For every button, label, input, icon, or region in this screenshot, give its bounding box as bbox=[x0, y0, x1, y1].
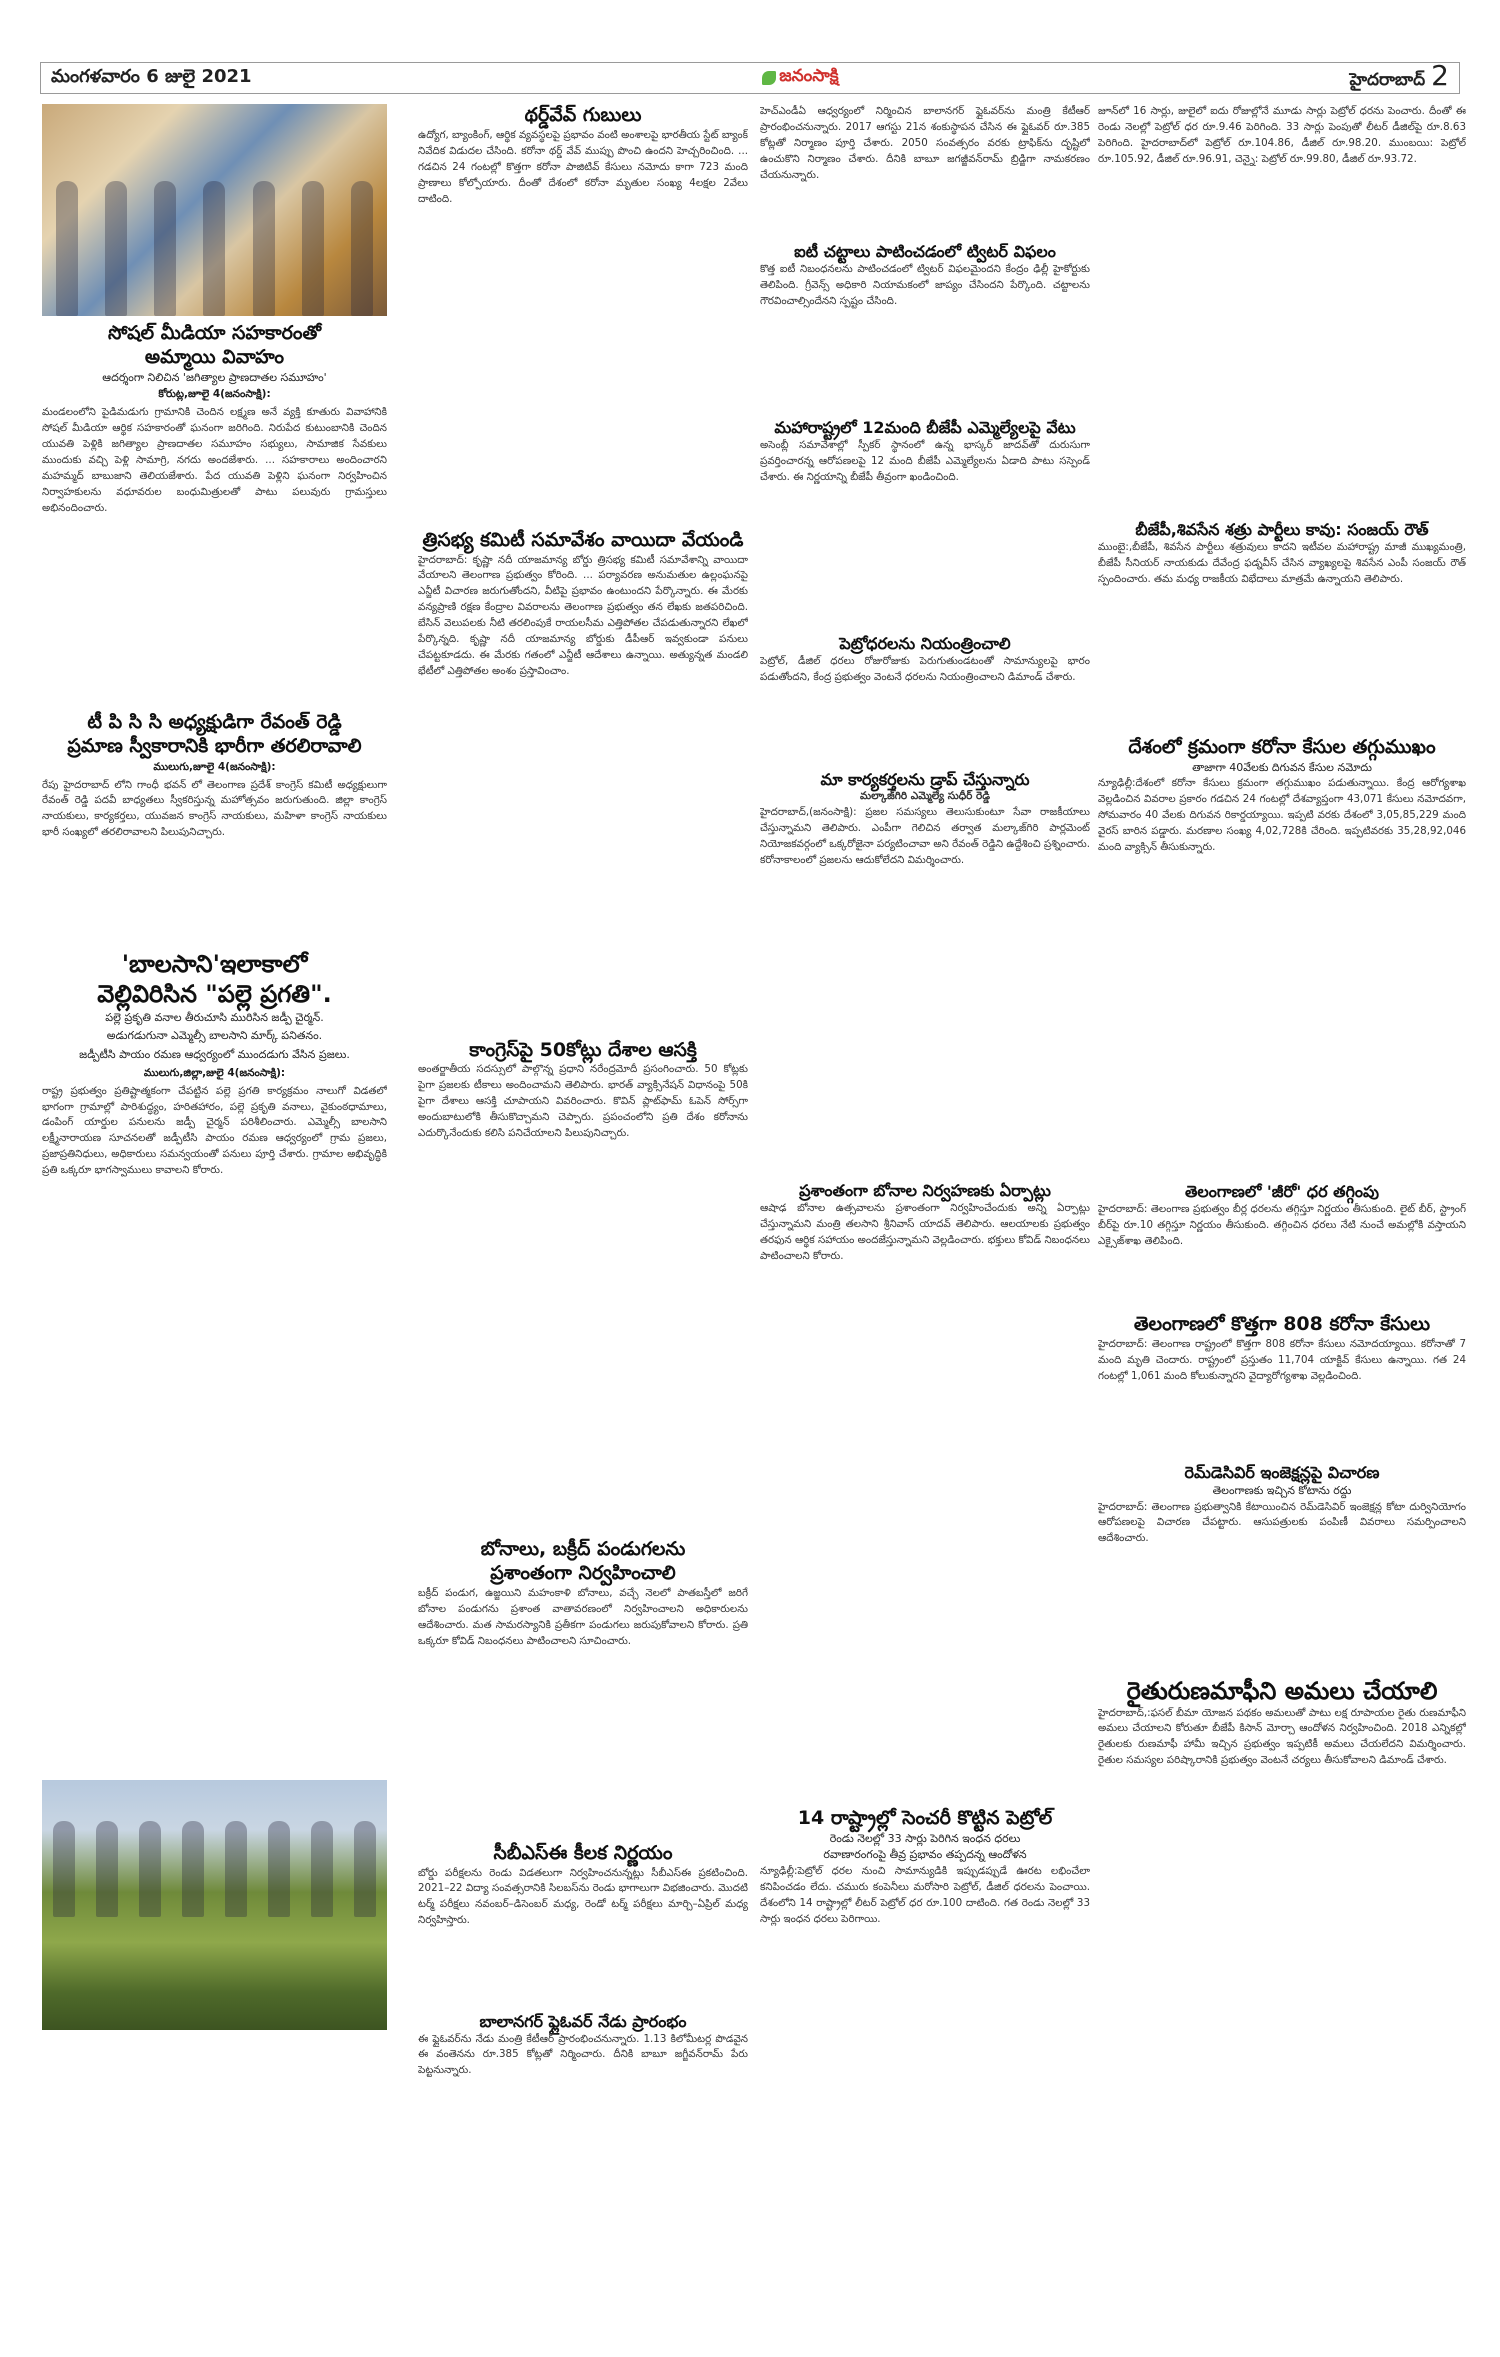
story-petrol-price-control: పెట్రోధరలను నియంత్రించాలి పెట్రోల్, డీజి… bbox=[760, 634, 1090, 764]
article-body: హైదరాబాద్: తెలంగాణ ప్రభుత్వానికి కేటాయిం… bbox=[1098, 1500, 1466, 1670]
story-petrol-century: 14 రాష్ట్రాల్లో సెంచరీ కొట్టిన పెట్రోల్ … bbox=[760, 1807, 1090, 2104]
headline: సీబీఎస్ఈ కీలక నిర్ణయం bbox=[418, 1842, 748, 1866]
story-telangana-808-cases: తెలంగాణలో కొత్తగా 808 కరోనా కేసులు హైదరా… bbox=[1098, 1313, 1466, 1457]
article-body: కొత్త ఐటీ నిబంధనలను పాటించడంలో ట్విటర్ వ… bbox=[760, 262, 1090, 412]
headline: మా కార్యకర్తలను డ్రాప్ చేస్తున్నారు bbox=[760, 770, 1090, 790]
column-1: సోషల్ మీడియా సహకారంతో అమ్మాయి వివాహం ఆదర… bbox=[42, 104, 387, 2344]
headline: 14 రాష్ట్రాల్లో సెంచరీ కొట్టిన పెట్రోల్ bbox=[760, 1807, 1090, 1831]
logo-text: జనంసాక్షి bbox=[779, 66, 838, 90]
masthead: మంగళవారం 6 జులై 2021 జనంసాక్షి హైదరాబాద్… bbox=[40, 62, 1460, 94]
headline: సోషల్ మీడియా సహకారంతో bbox=[42, 322, 387, 346]
story-maharashtra-mlas: మహారాష్ట్రలో 12మంది బీజేపీ ఎమ్మెల్యేలపై … bbox=[760, 418, 1090, 628]
headline: 'బాలసాని'ఇలాకాలో bbox=[42, 949, 387, 979]
story-fuel-prices-continued: జూన్‌లో 16 సార్లు, జులైలో ఐదు రోజుల్లోనే… bbox=[1098, 104, 1466, 514]
issue-date: మంగళవారం 6 జులై 2021 bbox=[51, 66, 252, 91]
story-remdesivir: రెమ్‌డెసివిర్ ఇంజెక్షన్లపై విచారణ తెలంగా… bbox=[1098, 1463, 1466, 1670]
story-telangana-beer-price: తెలంగాణలో 'జీరో' ధర తగ్గింపు హైదరాబాద్: … bbox=[1098, 1182, 1466, 1307]
headline: ఐటీ చట్టాలు పాటించడంలో ట్విటర్ విఫలం bbox=[760, 242, 1090, 262]
story-palle-pragathi: 'బాలసాని'ఇలాకాలో వెల్లివిరిసిన "పల్లె ప్… bbox=[42, 949, 387, 1774]
article-body: హైదరాబాద్: తెలంగాణ ప్రభుత్వం బీర్ల ధరలను… bbox=[1098, 1202, 1466, 1307]
column-2: థర్డ్‌వేవ్ గుబులు ఉద్యోగ, బ్యాంకింగ్, ఆర… bbox=[418, 104, 748, 2344]
subheadline: పల్లె ప్రకృతి వనాల తీరుచూసి మురిసిన జడ్ప… bbox=[42, 1009, 387, 1028]
story-third-wave: థర్డ్‌వేవ్ గుబులు ఉద్యోగ, బ్యాంకింగ్, ఆర… bbox=[418, 104, 748, 523]
headline: టీ పి సి సి అధ్యక్షుడిగా రేవంత్ రెడ్డి bbox=[42, 711, 387, 735]
article-body: న్యూఢిల్లీ:దేశంలో కరోనా కేసులు క్రమంగా త… bbox=[1098, 776, 1466, 1176]
story-vaccination-interest: కాంగ్రెస్‌పై 50కోట్లు దేశాల ఆసక్తి అంతర్… bbox=[418, 1039, 748, 1533]
headline: రెమ్‌డెసివిర్ ఇంజెక్షన్లపై విచారణ bbox=[1098, 1463, 1466, 1483]
story-twitter-it-rules: ఐటీ చట్టాలు పాటించడంలో ట్విటర్ విఫలం కొత… bbox=[760, 242, 1090, 412]
column-3: హెచ్‌ఎండీఏ ఆధ్వర్యంలో నిర్మించిన బాలానగర… bbox=[760, 104, 1090, 2344]
headline: మహారాష్ట్రలో 12మంది బీజేపీ ఎమ్మెల్యేలపై … bbox=[760, 418, 1090, 438]
article-body: హైదరాబాద్,(జనంసాక్షి): ప్రజల సమస్యలు తెల… bbox=[760, 805, 1090, 1175]
story-social-media-wedding: సోషల్ మీడియా సహకారంతో అమ్మాయి వివాహం ఆదర… bbox=[42, 104, 387, 705]
article-body: ముంబై:,బీజేపీ, శివసేన పార్టీలు శత్రువులు… bbox=[1098, 540, 1466, 730]
headline: ప్రశాంతంగా బోనాల నిర్వహణకు ఏర్పాట్లు bbox=[760, 1181, 1090, 1201]
article-body: మండలంలోని పైడిమడుగు గ్రామానికి చెందిన లక… bbox=[42, 405, 387, 705]
article-body: బక్రీద్ పండుగ, ఉజ్జయిని మహంకాళి బోనాలు, … bbox=[418, 1586, 748, 1836]
article-body: రాష్ట్ర ప్రభుత్వం ప్రతిష్టాత్మకంగా చేపట్… bbox=[42, 1084, 387, 1774]
headline: ప్రమాణ స్వీకారానికి భారీగా తరలిరావాలి bbox=[42, 735, 387, 759]
story-mla-sudheer-reddy: మా కార్యకర్తలను డ్రాప్ చేస్తున్నారు మల్క… bbox=[760, 770, 1090, 1175]
headline: తెలంగాణలో 'జీరో' ధర తగ్గింపు bbox=[1098, 1182, 1466, 1202]
headline: థర్డ్‌వేవ్ గుబులు bbox=[418, 104, 748, 128]
subheadline: మల్కాజ్‌గిరి ఎమ్మెల్యే సుధీర్ రెడ్డి bbox=[760, 790, 1090, 805]
article-body: న్యూఢిల్లీ:పెట్రోల్ ధరల నుంచి సామాన్యుడి… bbox=[760, 1864, 1090, 2104]
subheadline: తాజాగా 40వేలకు దిగువన కేసుల నమోదు bbox=[1098, 760, 1466, 777]
subheadline: ఆదర్శంగా నిలిచిన 'జగిత్యాల ప్రాణదాతల సమూ… bbox=[42, 370, 387, 387]
article-body: జూన్‌లో 16 సార్లు, జులైలో ఐదు రోజుల్లోనే… bbox=[1098, 104, 1466, 514]
headline: అమ్మాయి వివాహం bbox=[42, 346, 387, 370]
article-body: బోర్డు పరీక్షలను రెండు విడతలుగా నిర్వహిం… bbox=[418, 1866, 748, 2006]
headline: బాలానగర్ ఫ్లైఓవర్ నేడు ప్రారంభం bbox=[418, 2012, 748, 2032]
subheadline: రెండు నెలల్లో 33 సార్లు పెరిగిన ఇంధన ధరల… bbox=[760, 1831, 1090, 1848]
headline: వెల్లివిరిసిన "పల్లె ప్రగతి". bbox=[42, 979, 387, 1009]
article-body: ఈ ఫ్లైఓవర్‌ను నేడు మంత్రి కేటీఆర్ ప్రారం… bbox=[418, 2032, 748, 2112]
story-bonalu-bakrid: బోనాలు, బక్రీద్ పండుగలను ప్రశాంతంగా నిర్… bbox=[418, 1538, 748, 1836]
article-body: పెట్రోల్, డీజిల్ ధరలు రోజురోజుకు పెరుగుత… bbox=[760, 654, 1090, 764]
dateline: కోరుట్ల,జూలై 4(జనంసాక్షి): bbox=[42, 388, 387, 403]
article-body: హైదరాబాద్: తెలంగాణ రాష్ట్రంలో కొత్తగా 80… bbox=[1098, 1337, 1466, 1457]
column-4: జూన్‌లో 16 సార్లు, జులైలో ఐదు రోజుల్లోనే… bbox=[1098, 104, 1466, 2344]
headline: పెట్రోధరలను నియంత్రించాలి bbox=[760, 634, 1090, 654]
edition-city: హైదరాబాద్ 2 bbox=[1349, 62, 1449, 94]
dateline: ములుగు,జిల్లా,జులై 4(జనంసాక్షి): bbox=[42, 1067, 387, 1082]
subheadline: రవాణారంగంపై తీవ్ర ప్రభావం తప్పదన్న ఆందోళ… bbox=[760, 1847, 1090, 1864]
newspaper-logo: జనంసాక్షి bbox=[762, 66, 838, 90]
story-balanagar-flyover: బాలానగర్ ఫ్లైఓవర్ నేడు ప్రారంభం ఈ ఫ్లైఓవ… bbox=[418, 2012, 748, 2112]
logo-leaf-icon bbox=[762, 71, 776, 85]
article-body: హెచ్‌ఎండీఏ ఆధ్వర్యంలో నిర్మించిన బాలానగర… bbox=[760, 104, 1090, 236]
article-body: హైదరాబాద్: కృష్ణా నదీ యాజమాన్య బోర్డు త్… bbox=[418, 553, 748, 1033]
article-body: రేపు హైదరాబాద్ లోని గాంధీ భవన్ లో తెలంగా… bbox=[42, 778, 387, 943]
story-flyover-continued: హెచ్‌ఎండీఏ ఆధ్వర్యంలో నిర్మించిన బాలానగర… bbox=[760, 104, 1090, 236]
story-tri-member-committee: త్రిసభ్య కమిటీ సమావేశం వాయిదా వేయండి హైద… bbox=[418, 529, 748, 1033]
story-cbse-decision: సీబీఎస్ఈ కీలక నిర్ణయం బోర్డు పరీక్షలను ర… bbox=[418, 1842, 748, 2006]
headline: బోనాలు, బక్రీద్ పండుగలను bbox=[418, 1538, 748, 1562]
subheadline: జడ్పీటీసి పాయం రమణ ఆధ్వర్యంలో ముందడుగు వ… bbox=[42, 1046, 387, 1065]
story-farm-loan-waiver: రైతురుణమాఫీని అమలు చేయాలి హైదరాబాద్,:ఫసల… bbox=[1098, 1676, 1466, 2086]
article-body: అంతర్జాతీయ సదస్సులో పాల్గొన్న ప్రధాని నర… bbox=[418, 1062, 748, 1532]
story-bonalu-arrangements: ప్రశాంతంగా బోనాల నిర్వహణకు ఏర్పాట్లు ఆషా… bbox=[760, 1181, 1090, 1801]
story-revanth-reddy: టీ పి సి సి అధ్యక్షుడిగా రేవంత్ రెడ్డి ప… bbox=[42, 711, 387, 943]
headline: కాంగ్రెస్‌పై 50కోట్లు దేశాల ఆసక్తి bbox=[418, 1039, 748, 1063]
dateline: ములుగు,జూలై 4(జనంసాక్షి): bbox=[42, 761, 387, 776]
story-sanjay-raut: బీజేపీ,శివసేన శత్రు పార్టీలు కావు: సంజయ్… bbox=[1098, 520, 1466, 730]
headline: బీజేపీ,శివసేన శత్రు పార్టీలు కావు: సంజయ్… bbox=[1098, 520, 1466, 540]
headline: తెలంగాణలో కొత్తగా 808 కరోనా కేసులు bbox=[1098, 1313, 1466, 1337]
article-body: హైదరాబాద్,:ఫసల్ బీమా యోజన పథకం అమలుతో పా… bbox=[1098, 1706, 1466, 2086]
headline: దేశంలో క్రమంగా కరోనా కేసుల తగ్గుముఖం bbox=[1098, 736, 1466, 760]
story-national-covid-decline: దేశంలో క్రమంగా కరోనా కేసుల తగ్గుముఖం తాజ… bbox=[1098, 736, 1466, 1176]
page-number: 2 bbox=[1431, 62, 1449, 90]
city-name: హైదరాబాద్ bbox=[1349, 70, 1425, 94]
field-visit-photo bbox=[42, 1780, 387, 2030]
article-body: అసెంబ్లీ సమావేశాల్లో స్పీకర్ స్థానంలో ఉన… bbox=[760, 438, 1090, 628]
subheadline: తెలంగాణకు ఇచ్చిన కోటాను రద్దు bbox=[1098, 1483, 1466, 1500]
headline: త్రిసభ్య కమిటీ సమావేశం వాయిదా వేయండి bbox=[418, 529, 748, 553]
article-body: ఆషాఢ బోనాల ఉత్సవాలను ప్రశాంతంగా నిర్వహిం… bbox=[760, 1201, 1090, 1801]
headline: ప్రశాంతంగా నిర్వహించాలి bbox=[418, 1562, 748, 1586]
headline: రైతురుణమాఫీని అమలు చేయాలి bbox=[1098, 1676, 1466, 1706]
subheadline: అడుగడుగునా ఎమ్మెల్సీ బాలసాని మార్క్ పనిత… bbox=[42, 1027, 387, 1046]
wedding-photo bbox=[42, 104, 387, 316]
article-body: ఉద్యోగ, బ్యాంకింగ్, ఆర్థిక వ్యవస్థలపై ప్… bbox=[418, 128, 748, 523]
